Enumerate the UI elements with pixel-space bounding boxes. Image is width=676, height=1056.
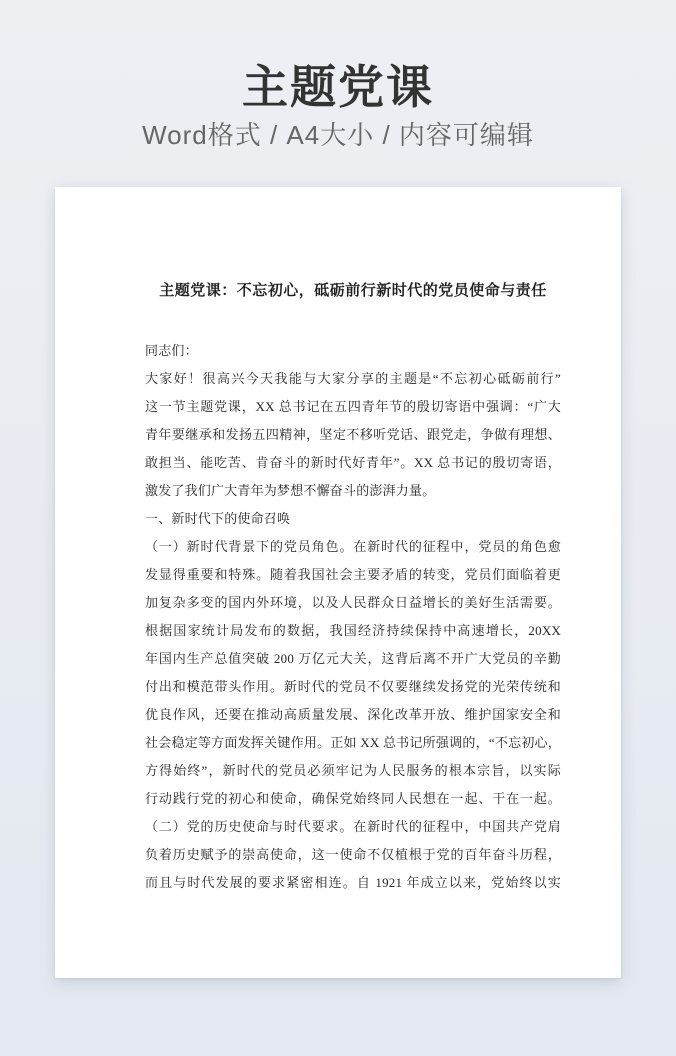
template-header: 主题党课 Word格式 / A4大小 / 内容可编辑 (0, 0, 676, 152)
document-text-line: （一）新时代背景下的党员角色。在新时代的征程中，党员的角色愈 (145, 533, 561, 561)
template-subtitle: Word格式 / A4大小 / 内容可编辑 (0, 118, 676, 152)
document-text-line: 根据国家统计局发布的数据，我国经济持续保持中高速增长，20XX (145, 617, 561, 645)
document-text-line: 优良作风，还要在推动高质量发展、深化改革开放、维护国家安全和 (145, 701, 561, 729)
page-background: 主题党课 Word格式 / A4大小 / 内容可编辑 主题党课：不忘初心，砥砺前… (0, 0, 676, 1056)
document-text-line: 这一节主题党课，XX 总书记在五四青年节的殷切寄语中强调：“广大 (145, 393, 561, 421)
document-text-line: 发显得重要和特殊。随着我国社会主要矛盾的转变，党员们面临着更 (145, 561, 561, 589)
document-body-text: 同志们：大家好！很高兴今天我能与大家分享的主题是“不忘初心砥砺前行”这一节主题党… (145, 337, 561, 897)
document-text-line: 一、新时代下的使命召唤 (145, 505, 561, 533)
document-text-line: 同志们： (145, 337, 561, 365)
document-title: 主题党课：不忘初心，砥砺前行新时代的党员使命与责任 (145, 279, 561, 303)
document-text-line: 负着历史赋予的崇高使命，这一使命不仅植根于党的百年奋斗历程， (145, 841, 561, 869)
document-text-line: 敢担当、能吃苦、肯奋斗的新时代好青年”。XX 总书记的殷切寄语， (145, 449, 561, 477)
document-text-line: 激发了我们广大青年为梦想不懈奋斗的澎湃力量。 (145, 477, 561, 505)
document-text-line: （二）党的历史使命与时代要求。在新时代的征程中，中国共产党肩 (145, 813, 561, 841)
template-title: 主题党课 (0, 60, 676, 114)
document-text-line: 行动践行党的初心和使命，确保党始终同人民想在一起、干在一起。 (145, 785, 561, 813)
document-text-line: 大家好！很高兴今天我能与大家分享的主题是“不忘初心砥砺前行” (145, 365, 561, 393)
document-text-line: 年国内生产总值突破 200 万亿元大关，这背后离不开广大党员的辛勤 (145, 645, 561, 673)
document-text-line: 方得始终”，新时代的党员必须牢记为人民服务的根本宗旨，以实际 (145, 757, 561, 785)
document-text-line: 加复杂多变的国内外环境，以及人民群众日益增长的美好生活需要。 (145, 589, 561, 617)
document-text-line: 付出和模范带头作用。新时代的党员不仅要继续发扬党的光荣传统和 (145, 673, 561, 701)
document-text-line: 青年要继承和发扬五四精神，坚定不移听党话、跟党走，争做有理想、 (145, 421, 561, 449)
document-text-line: 而且与时代发展的要求紧密相连。自 1921 年成立以来，党始终以实 (145, 869, 561, 897)
document-text-line: 社会稳定等方面发挥关键作用。正如 XX 总书记所强调的，“不忘初心， (145, 729, 561, 757)
document-page: 主题党课：不忘初心，砥砺前行新时代的党员使命与责任 同志们：大家好！很高兴今天我… (55, 187, 621, 978)
